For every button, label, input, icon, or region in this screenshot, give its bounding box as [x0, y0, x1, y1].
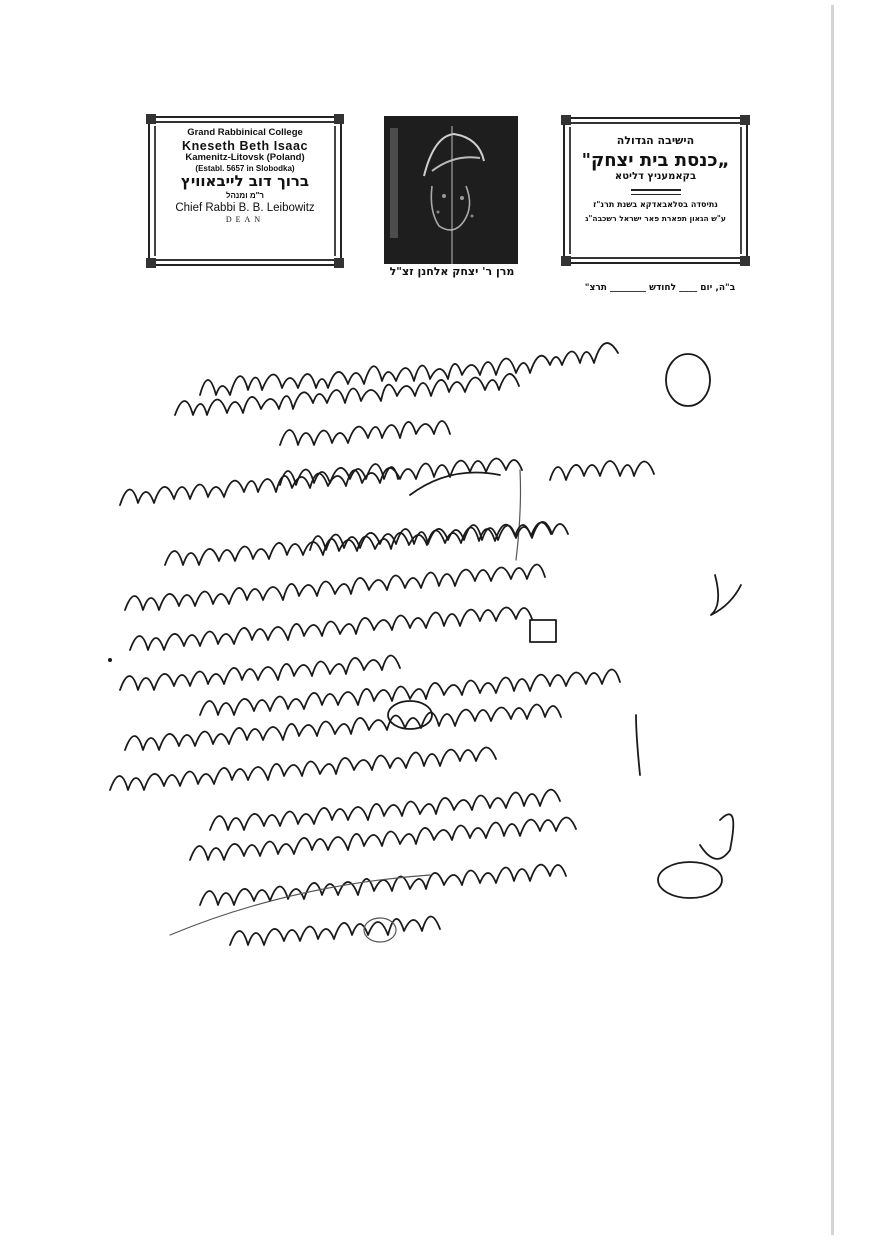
handwriting-line — [120, 655, 620, 729]
portrait-photo — [384, 116, 518, 264]
dean-name-english: Chief Rabbi B. B. Leibowitz — [150, 202, 340, 215]
border-rule — [334, 126, 336, 256]
handwriting-line — [170, 865, 566, 945]
institution-location: Kamenitz-Litovsk (Poland) — [150, 153, 340, 164]
dean-title-hebrew: ר"מ ומנהל — [150, 191, 340, 200]
institution-name: Kneseth Beth Isaac — [150, 139, 340, 153]
page-edge-line — [831, 5, 834, 1235]
corner-ornament — [740, 115, 750, 125]
corner-ornament — [334, 258, 344, 268]
border-rule — [740, 127, 742, 254]
handwriting-line — [165, 522, 741, 615]
dedication-note: ע"ש הגאון תפארת פאר ישראל רשכבה"ג — [565, 215, 746, 224]
handwriting-line — [108, 564, 556, 662]
corner-ornament — [561, 115, 571, 125]
corner-ornament — [740, 256, 750, 266]
dean-title: DEAN — [150, 215, 340, 224]
date-line: ב"ה, יום ____ לחודש ________ תרצ" — [580, 283, 740, 293]
handwriting-line — [175, 343, 710, 445]
dean-name-hebrew: ברוך דוב לייבאוויץ — [150, 173, 340, 190]
founding-note: נתיסדה בסלאבאדקא בשנת תרנ"ז — [565, 200, 746, 209]
yeshiva-location: בקאמעניץ דליטא — [565, 171, 746, 183]
institution-type: Grand Rabbinical College — [150, 128, 340, 139]
border-rule — [154, 126, 156, 256]
letterhead-hebrew: הישיבה הגדולה „כנסת בית יצחק" בקאמעניץ ד… — [563, 117, 748, 264]
handwriting-line — [120, 458, 654, 560]
border-rule — [569, 127, 571, 254]
corner-ornament — [561, 256, 571, 266]
yeshiva-name: „כנסת בית יצחק" — [565, 151, 746, 172]
handwriting-line — [110, 704, 640, 790]
portrait-figure-icon — [384, 116, 518, 264]
separator-rule — [631, 189, 681, 195]
handwriting-strokes — [80, 320, 820, 970]
corner-ornament — [146, 114, 156, 124]
portrait-caption: מרן ר' יצחק אלחנן זצ"ל — [362, 265, 542, 278]
yeshiva-title: הישיבה הגדולה — [565, 135, 746, 148]
letterhead-english: Grand Rabbinical College Kneseth Beth Is… — [148, 116, 342, 266]
corner-ornament — [334, 114, 344, 124]
handwriting-line — [190, 790, 733, 898]
corner-ornament — [146, 258, 156, 268]
handwritten-letter-body — [80, 320, 820, 970]
